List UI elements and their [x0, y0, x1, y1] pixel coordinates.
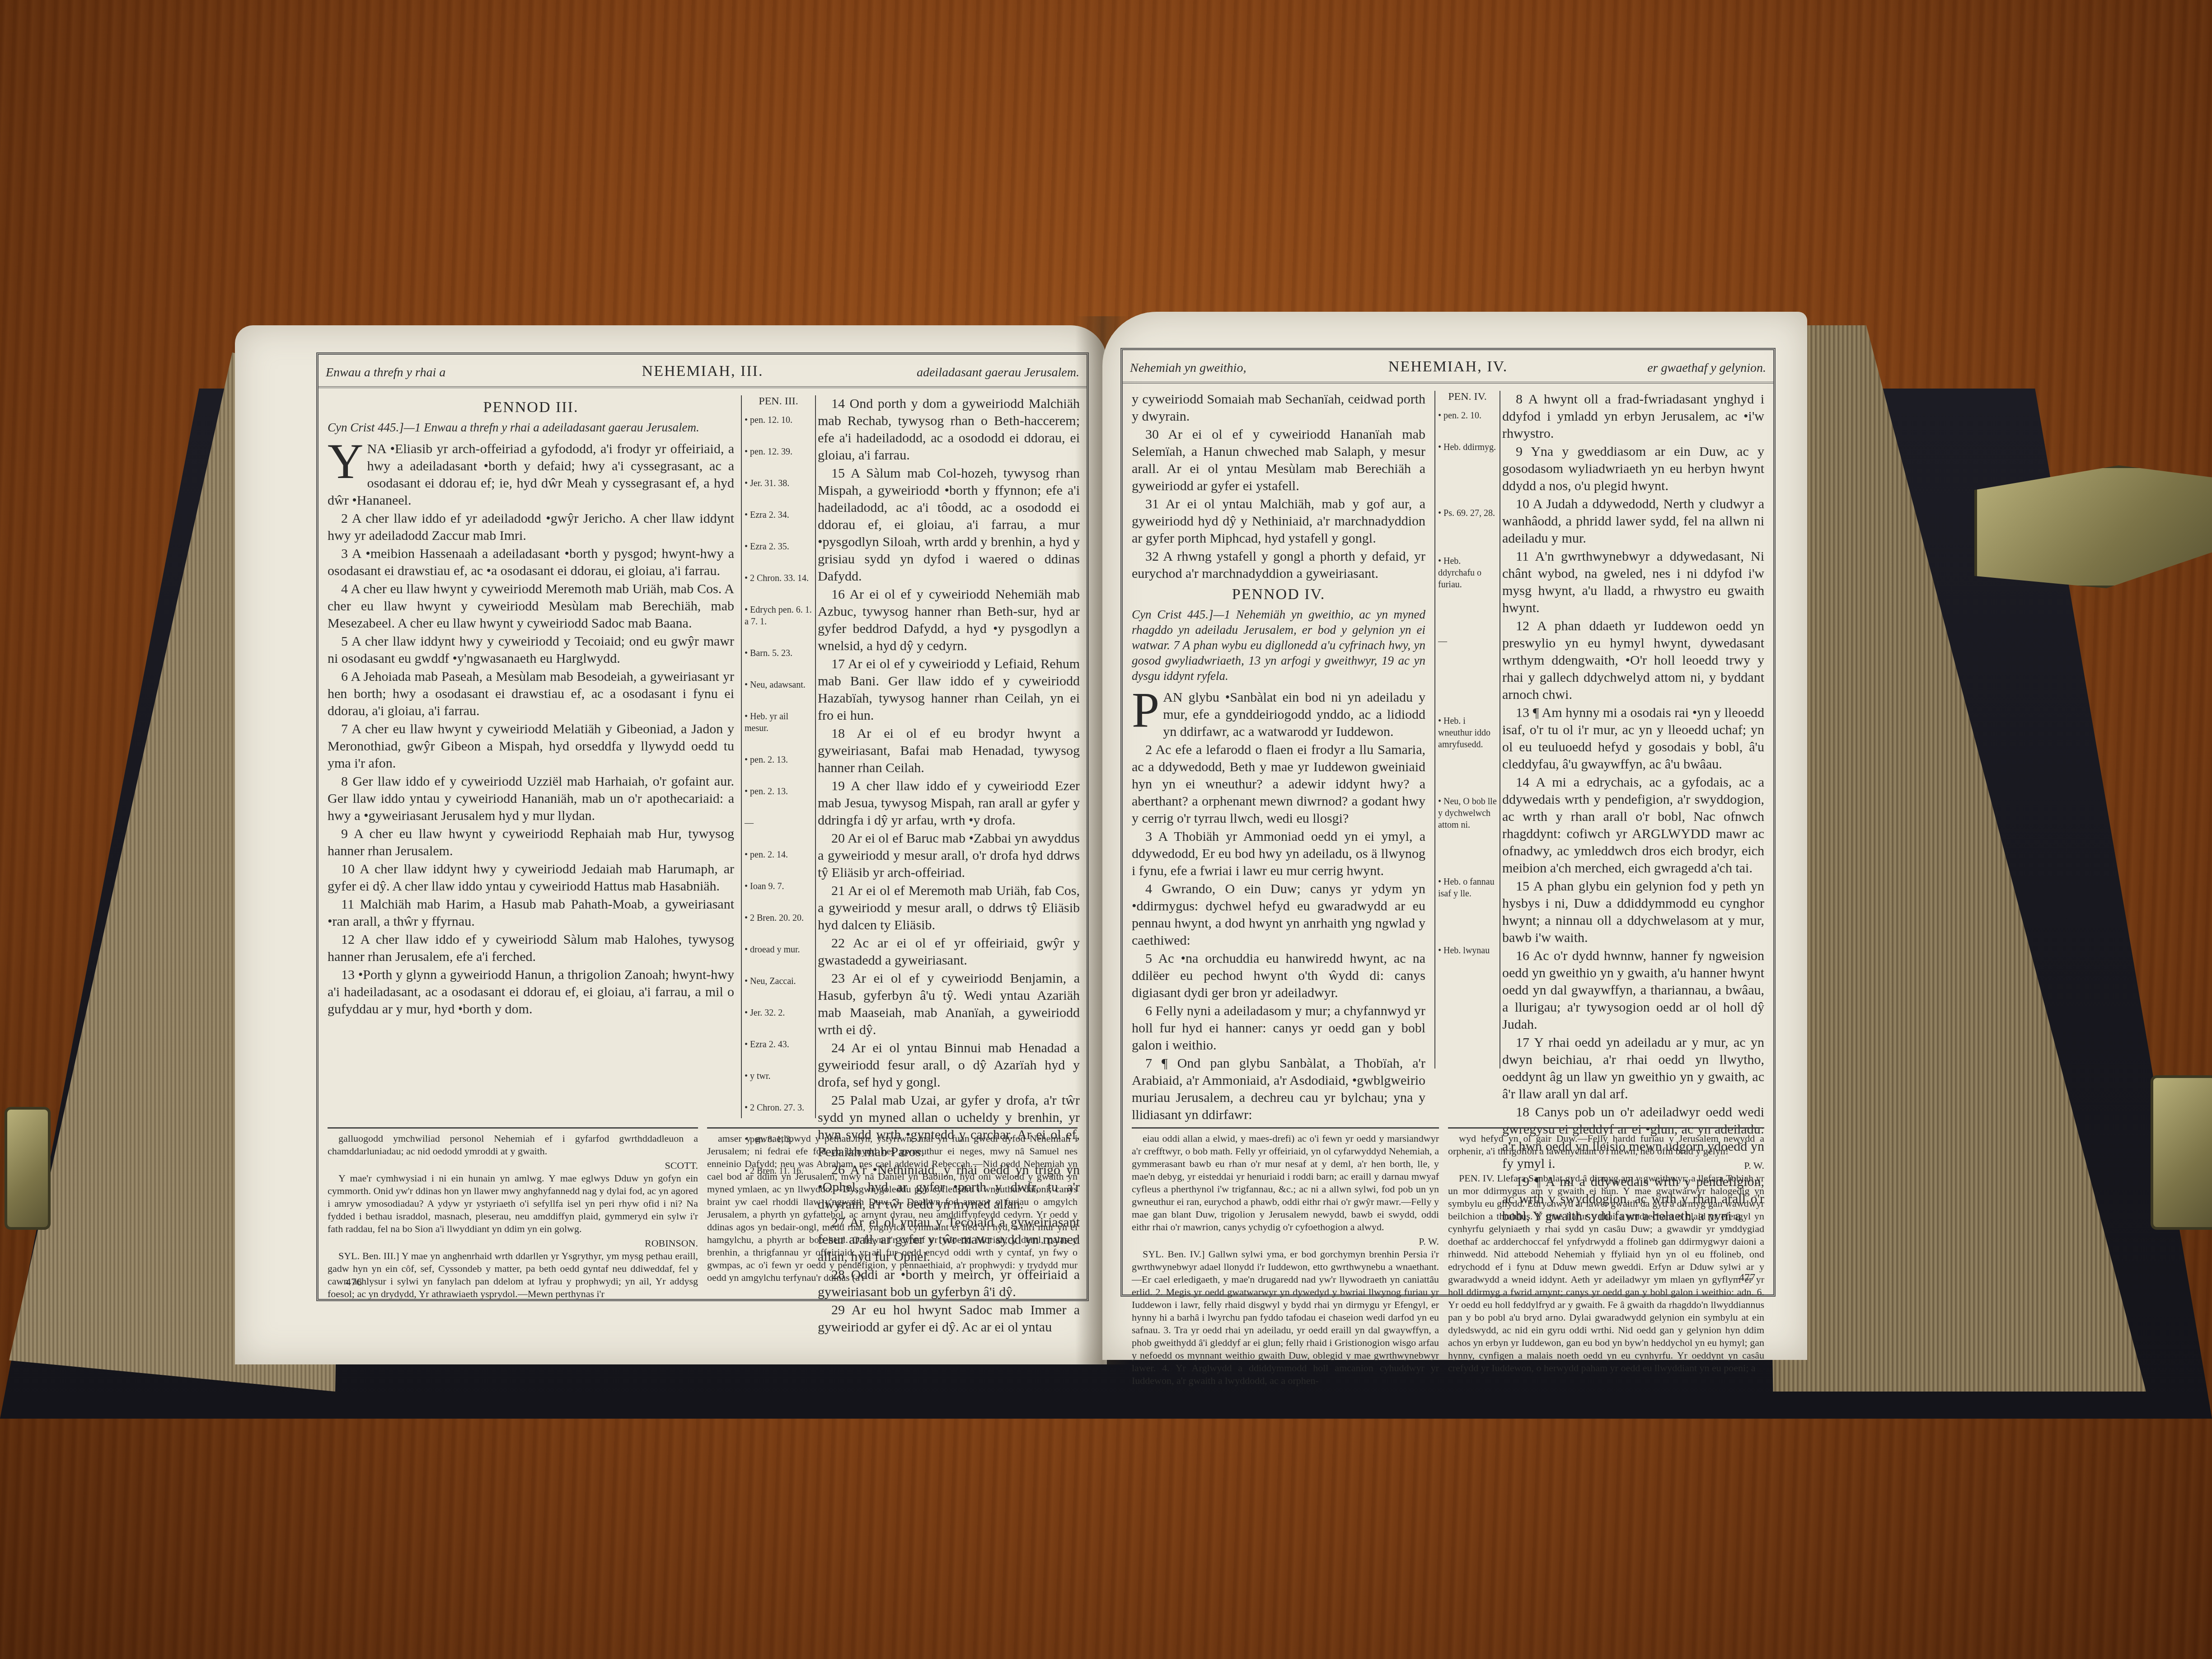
verse: 11 A'n gwrthwynebwyr a ddywedasant, Ni c… [1502, 548, 1764, 617]
verse: 29 Ar eu hol hwynt Sadoc mab Immer a gyw… [818, 1302, 1080, 1336]
left-page: Enwau a threfn y rhai a NEHEMIAH, III. a… [235, 325, 1107, 1364]
margin-ref: • Heb. yr ail mesur. [745, 711, 812, 734]
verse: 19 A cher llaw iddo ef y cyweiriodd Ezer… [818, 778, 1080, 829]
margin-ref: • Ioan 9. 7. [745, 881, 812, 892]
margin-ref: • Neu, O bob lle y dychwelwch attom ni. [1438, 796, 1497, 831]
margin-ref: • Jer. 32. 2. [745, 1007, 812, 1019]
commentary-text: wyd hefyd yn ol gair Duw.—Felly hardd fu… [1448, 1132, 1764, 1158]
page-frame: Nehemiah yn gweithio, NEHEMIAH, IV. er g… [1120, 348, 1776, 1297]
right-page: Nehemiah yn gweithio, NEHEMIAH, IV. er g… [1102, 312, 1807, 1360]
verse: 23 Ar ei ol ef y cyweiriodd Benjamin, a … [818, 970, 1080, 1039]
chapter-summary: Cyn Crist 445.]—1 Enwau a threfn y rhai … [328, 420, 734, 435]
verse: y cyweiriodd Somaiah mab Sechanïah, ceid… [1132, 391, 1425, 425]
verse: 5 A cher llaw iddynt hwy y cyweiriodd y … [328, 633, 734, 667]
verse: 31 Ar ei ol yntau Malchiäh, mab y gof au… [1132, 496, 1425, 547]
margin-ref: • Ezra 2. 34. [745, 509, 812, 521]
verse: 10 A cher llaw iddynt hwy y cyweiriodd J… [328, 861, 734, 895]
verse: 17 Y rhai oedd yn adeiladu ar y mur, ac … [1502, 1034, 1764, 1103]
commentary-column-2: wyd hefyd yn ol gair Duw.—Felly hardd fu… [1448, 1127, 1764, 1376]
verse: 24 Ar ei ol yntau Binnui mab Henadad a g… [818, 1040, 1080, 1091]
text-column-2: 8 A hwynt oll a frad-fwriadasant ynghyd … [1502, 391, 1764, 1226]
margin-ref: • Heb. i wneuthur iddo amryfusedd. [1438, 715, 1497, 750]
verse: 11 Malchiäh mab Harim, a Hasub mab Pahat… [328, 896, 734, 930]
commentary-text: amser y gwnaethpwyd y pethau hyn, ystyri… [707, 1132, 1078, 1284]
margin-references: PEN. III. • pen. 12. 10. • pen. 12. 39. … [741, 395, 816, 1118]
verse: AN glybu •Sanbàlat ein bod ni yn adeilad… [1132, 689, 1425, 740]
margin-ref: — [1438, 636, 1497, 647]
commentary-text: PEN. IV. Llefara Sanbalat gyd â dirmyg a… [1448, 1172, 1764, 1374]
verse: 2 A cher llaw iddo ef yr adeiladodd •gwŷ… [328, 510, 734, 544]
verse: 12 A cher llaw iddo ef y cyweiriodd Sàlu… [328, 931, 734, 965]
margin-ref: • Heb. lwynau [1438, 945, 1497, 956]
margin-ref: • pen. 2. 13. [745, 786, 812, 797]
verse: 6 Felly nyni a adeiladasom y mur; a chyf… [1132, 1003, 1425, 1054]
page-number: 476 [346, 1276, 362, 1289]
commentary-text: SYL. Ben. III.] Y mae yn anghenrhaid wrt… [328, 1250, 698, 1300]
margin-ref: • Edrych pen. 6. 1. a 7. 1. [745, 604, 812, 628]
verse: 13 ¶ Am hynny mi a osodais rai •yn y lle… [1502, 704, 1764, 773]
verse: 3 A •meibion Hassenaah a adeiladasant •b… [328, 545, 734, 580]
commentary-author: ROBINSON. [328, 1237, 698, 1250]
margin-ref: • pen. 2. 13. [745, 754, 812, 766]
running-head-right: adeiladasant gaerau Jerusalem. [917, 366, 1079, 380]
verse: 22 Ac ar ei ol ef yr offeiriaid, gwŷr y … [818, 935, 1080, 969]
verse: 2 Ac efe a lefarodd o flaen ei frodyr a … [1132, 741, 1425, 827]
margin-ref: • y twr. [745, 1070, 812, 1082]
verse: 7 ¶ Ond pan glybu Sanbàlat, a Thobïah, a… [1132, 1055, 1425, 1124]
verse: 20 Ar ei ol ef Baruc mab •Zabbai yn awyd… [818, 830, 1080, 881]
running-head-right: er gwaethaf y gelynion. [1647, 361, 1766, 375]
verse: 4 A cher eu llaw hwynt y cyweiriodd Mere… [328, 581, 734, 632]
verse: 8 A hwynt oll a frad-fwriadasant ynghyd … [1502, 391, 1764, 442]
text-column-1: y cyweiriodd Somaiah mab Sechanïah, ceid… [1132, 391, 1425, 1125]
verse: 7 A cher eu llaw hwynt y cyweiriodd Mela… [328, 721, 734, 772]
margin-ref: • Heb. ddyrchafu o furiau. [1438, 555, 1497, 590]
verse: 5 Ac •na orchuddia eu hanwiredd hwynt, a… [1132, 950, 1425, 1002]
running-head: Enwau a threfn y rhai a NEHEMIAH, III. a… [319, 359, 1087, 388]
verse: 21 Ar ei ol ef Meremoth mab Uriäh, fab C… [818, 882, 1080, 934]
margin-header: PEN. III. [745, 395, 812, 407]
verse: 32 A rhwng ystafell y gongl a phorth y d… [1132, 548, 1425, 582]
verse: 12 A phan ddaeth yr Iuddewon oedd yn pre… [1502, 618, 1764, 703]
commentary-text: Y mae'r cymhwysiad i ni ein hunain yn am… [328, 1172, 698, 1235]
verse: NA •Eliasib yr arch-offeiriad a gyfododd… [328, 441, 734, 509]
verse: 17 Ar ei ol ef y cyweiriodd y Lefiaid, R… [818, 656, 1080, 724]
brass-corner-icon [2151, 1075, 2212, 1230]
commentary-author: SCOTT. [328, 1159, 698, 1172]
commentary-column-2: amser y gwnaethpwyd y pethau hyn, ystyri… [707, 1127, 1078, 1286]
margin-ref: • Neu, adawsant. [745, 679, 812, 691]
margin-ref: • Heb. o fannau isaf y lle. [1438, 876, 1497, 900]
verse: 16 Ac o'r dydd hwnnw, hanner fy ngweisio… [1502, 947, 1764, 1033]
commentary-text: eiau oddi allan a elwid, y maes-drefi) a… [1132, 1132, 1439, 1233]
verse: 18 Ar ei ol ef eu brodyr hwynt a gyweiri… [818, 725, 1080, 777]
chapter-heading: PENNOD III. [328, 399, 734, 416]
verse: 9 A cher eu llaw hwynt y cyweiriodd Reph… [328, 825, 734, 860]
margin-references: PEN. IV. • pen. 2. 10. • Heb. ddirmyg. •… [1434, 391, 1500, 1069]
verse: 4 Gwrando, O ein Duw; canys yr ydym yn •… [1132, 881, 1425, 949]
margin-ref: • 2 Chron. 33. 14. [745, 572, 812, 584]
margin-ref: • Ezra 2. 35. [745, 541, 812, 553]
running-head: Nehemiah yn gweithio, NEHEMIAH, IV. er g… [1123, 355, 1773, 384]
margin-ref: • Ps. 69. 27, 28. [1438, 507, 1497, 519]
margin-ref: • Heb. ddirmyg. [1438, 441, 1497, 453]
chapter-summary: Cyn Crist 445.]—1 Nehemiäh yn gweithio, … [1132, 607, 1425, 684]
verse: 10 A Judah a ddywedodd, Nerth y cludwyr … [1502, 496, 1764, 547]
text-column-1: PENNOD III. Cyn Crist 445.]—1 Enwau a th… [328, 395, 734, 1019]
brass-corner-icon [5, 1107, 51, 1230]
commentary-text: SYL. Ben. IV.] Gallwn sylwi yma, er bod … [1132, 1248, 1439, 1387]
page-number: 477 [1739, 1272, 1755, 1284]
verse: 8 Ger llaw iddo ef y cyweiriodd Uzziël m… [328, 773, 734, 825]
margin-ref: • pen. 12. 39. [745, 446, 812, 458]
margin-ref: • Barn. 5. 23. [745, 647, 812, 659]
verse: 14 Ond porth y dom a gyweiriodd Malchiäh… [818, 395, 1080, 464]
margin-ref: • droead y mur. [745, 944, 812, 956]
margin-ref: • Ezra 2. 43. [745, 1039, 812, 1050]
margin-header: PEN. IV. [1438, 391, 1497, 403]
margin-ref: — [745, 817, 812, 829]
verse: 30 Ar ei ol ef y cyweiriodd Hananïah mab… [1132, 426, 1425, 495]
page-frame: Enwau a threfn y rhai a NEHEMIAH, III. a… [316, 352, 1089, 1301]
commentary-column-1: eiau oddi allan a elwid, y maes-drefi) a… [1132, 1127, 1439, 1389]
commentary-column-1: galluogodd ymchwiliad personol Nehemiah … [328, 1127, 698, 1302]
margin-ref: • 2 Chron. 27. 3. [745, 1102, 812, 1114]
verse: 14 A mi a edrychais, ac a gyfodais, ac a… [1502, 774, 1764, 877]
commentary-text: galluogodd ymchwiliad personol Nehemiah … [328, 1132, 698, 1158]
verse: 15 A phan glybu ein gelynion fod y peth … [1502, 878, 1764, 947]
margin-ref: • pen. 12. 10. [745, 414, 812, 426]
verse: 3 A Thobiäh yr Ammoniad oedd yn ei ymyl,… [1132, 828, 1425, 880]
verse: 6 A Jehoiada mab Paseah, a Mesùlam mab B… [328, 668, 734, 720]
chapter-heading: PENNOD IV. [1132, 586, 1425, 603]
verse: 13 •Porth y glynn a gyweiriodd Hanun, a … [328, 966, 734, 1018]
margin-ref: • pen. 2. 10. [1438, 410, 1497, 422]
verse: 15 A Sàlum mab Col-hozeh, tywysog rhan M… [818, 465, 1080, 585]
drop-cap: Y [328, 441, 363, 482]
drop-cap: P [1132, 689, 1159, 731]
margin-ref: • pen. 2. 14. [745, 849, 812, 861]
verse: 9 Yna y gweddiasom ar ein Duw, ac y goso… [1502, 443, 1764, 495]
margin-ref: • Neu, Zaccai. [745, 975, 812, 987]
commentary-author: P. W. [1448, 1159, 1764, 1172]
verse: 16 Ar ei ol ef y cyweiriodd Nehemiäh mab… [818, 586, 1080, 655]
commentary-author: P. W. [1132, 1235, 1439, 1248]
margin-ref: • 2 Bren. 20. 20. [745, 912, 812, 924]
margin-ref: • Jer. 31. 38. [745, 478, 812, 489]
